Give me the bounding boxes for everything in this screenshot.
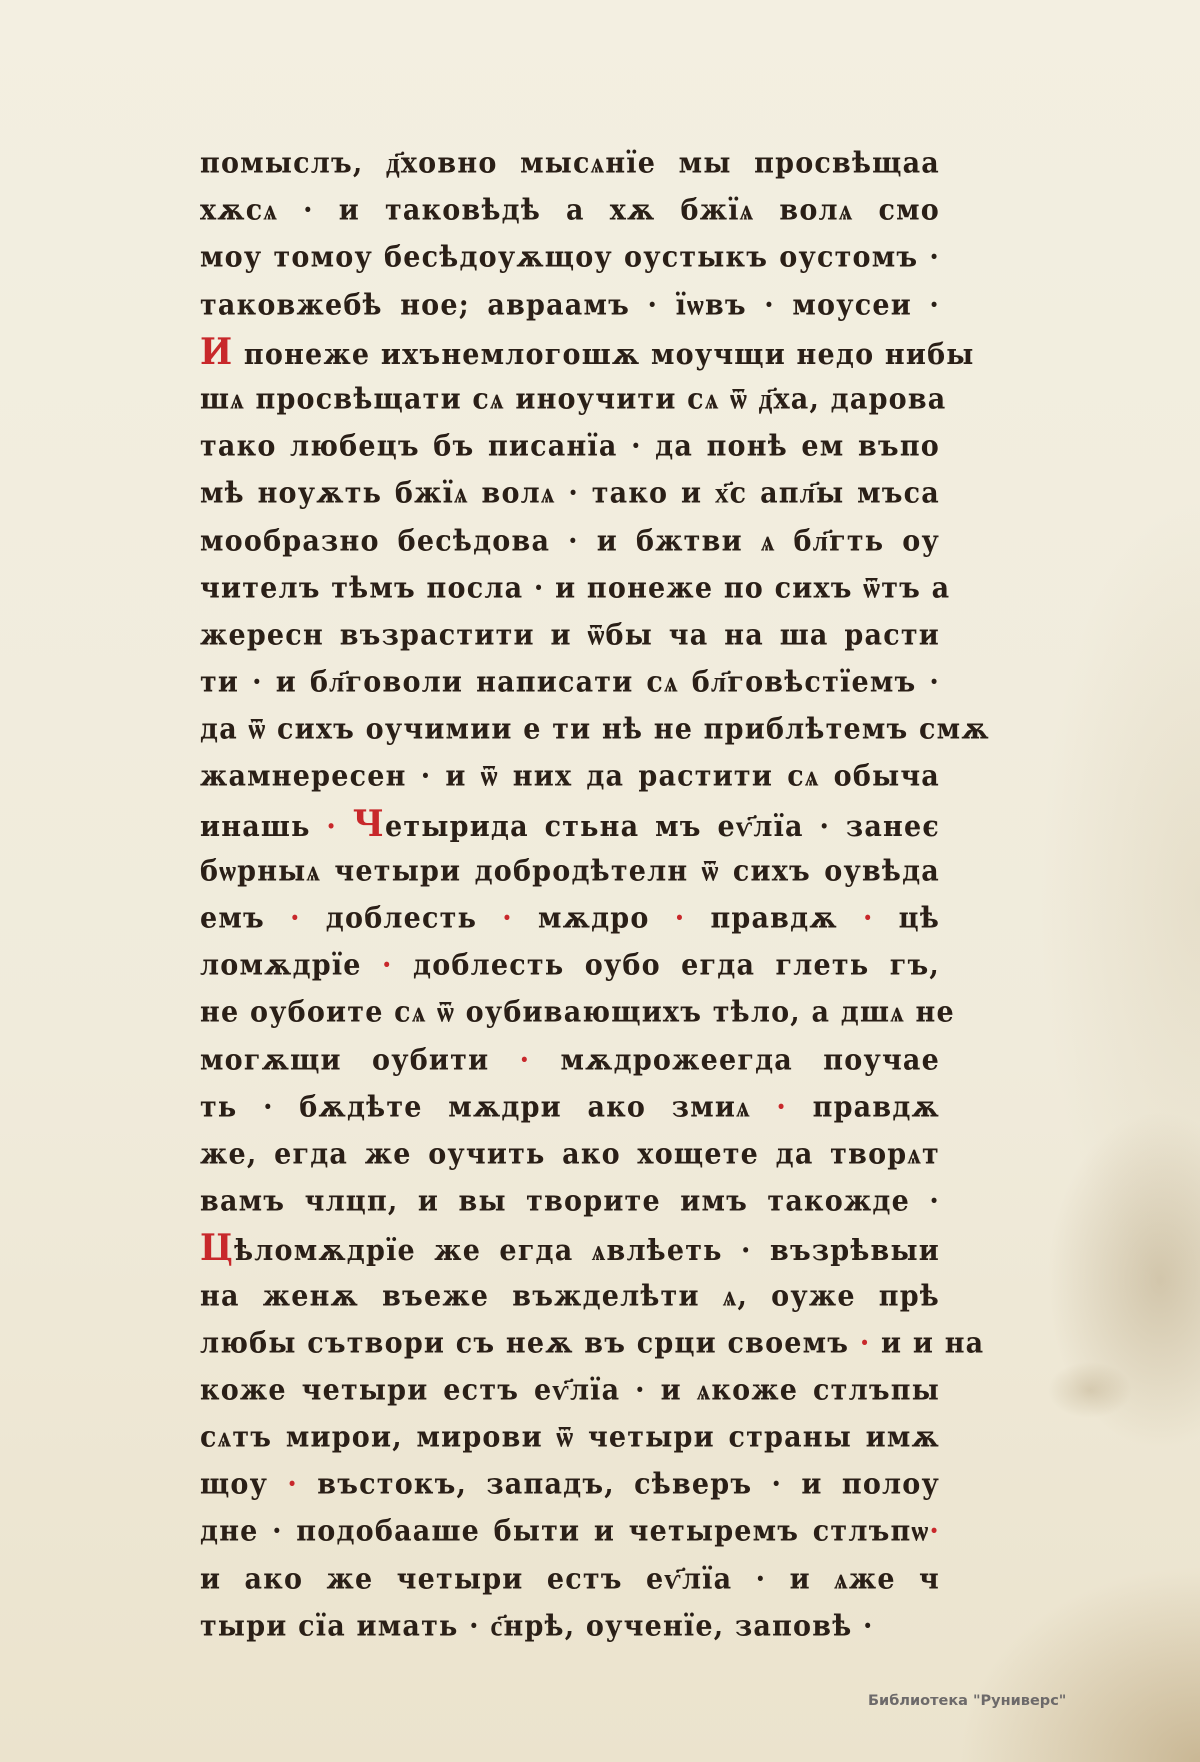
red-initial-letter: Ц — [200, 1227, 234, 1270]
red-punctuation-dot: · — [860, 1326, 871, 1359]
manuscript-line: на женѫ въеже въжделѣти ѧ, оуже прѣ — [200, 1271, 940, 1322]
manuscript-line: ти · и бл҃говоли написати сѧ бл҃говѣстїе… — [200, 657, 940, 708]
text-segment: жересн възрастити и ѿбы ча на ша расти — [200, 619, 940, 652]
text-segment: на женѫ въеже въжделѣти ѧ, оуже прѣ — [200, 1279, 940, 1312]
manuscript-line: не оубоите сѧ ѿ оубивающихъ тѣло, а дшѧ … — [200, 987, 940, 1038]
text-segment: хѫсѧ · и таковѣдѣ а хѫ бжїѧ волѧ смо — [200, 194, 940, 227]
manuscript-line: да ѿ сихъ оучимии е ти нѣ не приблѣтемъ … — [200, 704, 940, 755]
manuscript-line: щоу · въстокъ, западъ, сѣверъ · и полоу — [200, 1459, 940, 1510]
text-segment: щоу — [200, 1468, 287, 1501]
text-segment: емъ — [200, 902, 290, 935]
text-segment: помыслъ, д҃ховно мысѧнїе мы просвѣщаа — [200, 147, 940, 180]
red-punctuation-dot: · — [326, 810, 337, 843]
red-initial-letter: И — [200, 330, 233, 373]
manuscript-line: мообразно бесѣдова · и бжтви ѧ бл҃гть оу — [200, 516, 940, 567]
red-punctuation-dot: · — [520, 1043, 531, 1076]
text-segment: въстокъ, западъ, сѣверъ · и полоу — [298, 1468, 940, 1501]
text-segment: мообразно бесѣдова · и бжтви ѧ бл҃гть оу — [200, 524, 940, 557]
text-segment: цѣ — [874, 902, 940, 935]
manuscript-page: помыслъ, д҃ховно мысѧнїе мы просвѣщаахѫс… — [0, 0, 1200, 1762]
manuscript-line: таковжебѣ ное; авраамъ · їѡвъ · моусеи · — [200, 280, 940, 331]
manuscript-line: шѧ просвѣщати сѧ иноучити сѧ ѿ д҃ха, дар… — [200, 374, 940, 425]
red-punctuation-dot: · — [382, 949, 393, 982]
text-segment: могѫщи оубити — [200, 1043, 520, 1076]
text-segment: чителъ тѣмъ посла · и понеже по сихъ ѿтъ… — [200, 571, 950, 604]
manuscript-line: чителъ тѣмъ посла · и понеже по сихъ ѿтъ… — [200, 563, 940, 614]
manuscript-text-block: помыслъ, д҃ховно мысѧнїе мы просвѣщаахѫс… — [200, 140, 940, 1650]
manuscript-line: емъ · доблесть · мѫдро · правдѫ · цѣ — [200, 893, 940, 944]
text-segment: и и на — [870, 1326, 984, 1359]
text-segment: да ѿ сихъ оучимии е ти нѣ не приблѣтемъ … — [200, 713, 990, 746]
manuscript-line: вамъ члцп, и вы творите имъ такожде · — [200, 1176, 940, 1227]
text-segment: правдѫ — [787, 1091, 940, 1124]
manuscript-line: жамнересен · и ѿ них да растити сѧ обыча — [200, 752, 940, 803]
red-punctuation-dot: · — [929, 1515, 940, 1548]
text-segment: коже четыри естъ еѵ҃лїа · и ѧкоже стлъпы — [200, 1374, 940, 1407]
manuscript-line: ть · бѫдѣте мѫдри ако змиѧ · правдѫ — [200, 1082, 940, 1133]
text-segment: инашь — [200, 810, 326, 843]
text-segment: етырида стьна мъ еѵ҃лїа · занеє — [385, 810, 940, 843]
manuscript-line: и ако же четыри естъ еѵ҃лїа · и ѧже ч — [200, 1554, 940, 1605]
text-segment: моу томоу бесѣдоуѫщоу оустыкъ оустомъ · — [200, 241, 940, 274]
manuscript-line: инашь · Четырида стьна мъ еѵ҃лїа · занеє — [200, 799, 940, 850]
text-segment: дне · подобааше быти и четыремъ стлъпѡ — [200, 1515, 929, 1548]
text-segment: ломѫдрїе — [200, 949, 382, 982]
text-segment: тако любецъ бъ писанїа · да понѣ ем въпо — [200, 430, 940, 463]
text-segment: шѧ просвѣщати сѧ иноучити сѧ ѿ д҃ха, дар… — [200, 383, 947, 416]
text-segment — [337, 810, 353, 843]
manuscript-line: мѣ ноуѫть бжїѧ волѧ · тако и х҃с апл҃ы м… — [200, 468, 940, 519]
manuscript-line: могѫщи оубити · мѫдрожеегда поучае — [200, 1035, 940, 1086]
text-segment: бѡрныѧ четыри добродѣтелн ѿ сихъ оувѣда — [200, 855, 940, 888]
text-segment: тыри сїа имать · с҃нрѣ, оученїе, заповѣ … — [200, 1610, 874, 1643]
manuscript-line: жересн възрастити и ѿбы ча на ша расти — [200, 610, 940, 661]
text-segment: вамъ члцп, и вы творите имъ такожде · — [200, 1185, 940, 1218]
manuscript-line: любы сътвори съ неѫ въ срци своемъ · и и… — [200, 1318, 940, 1369]
manuscript-line: бѡрныѧ четыри добродѣтелн ѿ сихъ оувѣда — [200, 846, 940, 897]
text-segment: мѫдрожеегда поучае — [530, 1043, 940, 1076]
text-segment: ти · и бл҃говоли написати сѧ бл҃говѣстїе… — [200, 666, 940, 699]
text-segment: мѫдро — [513, 902, 675, 935]
manuscript-line: моу томоу бесѣдоуѫщоу оустыкъ оустомъ · — [200, 232, 940, 283]
library-watermark: Библиотека "Руниверс" — [868, 1693, 1066, 1709]
text-segment: ть · бѫдѣте мѫдри ако змиѧ — [200, 1091, 776, 1124]
manuscript-line: же, егда же оучить ако хощете да творѧт — [200, 1129, 940, 1180]
text-segment: не оубоите сѧ ѿ оубивающихъ тѣло, а дшѧ … — [200, 996, 955, 1029]
manuscript-line: ломѫдрїе · доблесть оубо егда глеть гъ, — [200, 940, 940, 991]
manuscript-line: тыри сїа имать · с҃нрѣ, оученїе, заповѣ … — [200, 1601, 940, 1652]
text-segment: любы сътвори съ неѫ въ срци своемъ — [200, 1326, 860, 1359]
red-punctuation-dot: · — [287, 1468, 298, 1501]
red-punctuation-dot: · — [502, 902, 513, 935]
red-punctuation-dot: · — [863, 902, 874, 935]
manuscript-line: Цѣломѫдрїе же егда ѧвлѣеть · възрѣвыи — [200, 1223, 940, 1274]
text-segment: жамнересен · и ѿ них да растити сѧ обыча — [200, 760, 940, 793]
text-segment: и ако же четыри естъ еѵ҃лїа · и ѧже ч — [200, 1562, 940, 1595]
manuscript-line: дне · подобааше быти и четыремъ стлъпѡ· — [200, 1507, 940, 1558]
red-punctuation-dot: · — [776, 1091, 787, 1124]
manuscript-line: И понеже ихънемлогошѫ моучщи недо нибы — [200, 327, 940, 378]
text-segment: же, егда же оучить ако хощете да творѧт — [200, 1138, 940, 1171]
text-segment: мѣ ноуѫть бжїѧ волѧ · тако и х҃с апл҃ы м… — [200, 477, 940, 510]
manuscript-line: тако любецъ бъ писанїа · да понѣ ем въпо — [200, 421, 940, 472]
text-segment: доблесть оубо егда глеть гъ, — [393, 949, 940, 982]
manuscript-line: хѫсѧ · и таковѣдѣ а хѫ бжїѧ волѧ смо — [200, 185, 940, 236]
text-segment: таковжебѣ ное; авраамъ · їѡвъ · моусеи · — [200, 288, 940, 321]
red-initial-letter: Ч — [353, 802, 385, 845]
manuscript-line: коже четыри естъ еѵ҃лїа · и ѧкоже стлъпы — [200, 1365, 940, 1416]
manuscript-line: сѧтъ мирои, мирови ѿ четыри страны имѫ — [200, 1412, 940, 1463]
red-punctuation-dot: · — [675, 902, 686, 935]
text-segment: сѧтъ мирои, мирови ѿ четыри страны имѫ — [200, 1421, 940, 1454]
text-segment: доблесть — [301, 902, 503, 935]
text-segment: понеже ихънемлогошѫ моучщи недо нибы — [233, 338, 974, 371]
text-segment: правдѫ — [685, 902, 863, 935]
text-segment: ѣломѫдрїе же егда ѧвлѣеть · възрѣвыи — [234, 1234, 940, 1267]
manuscript-line: помыслъ, д҃ховно мысѧнїе мы просвѣщаа — [200, 138, 940, 189]
red-punctuation-dot: · — [290, 902, 301, 935]
